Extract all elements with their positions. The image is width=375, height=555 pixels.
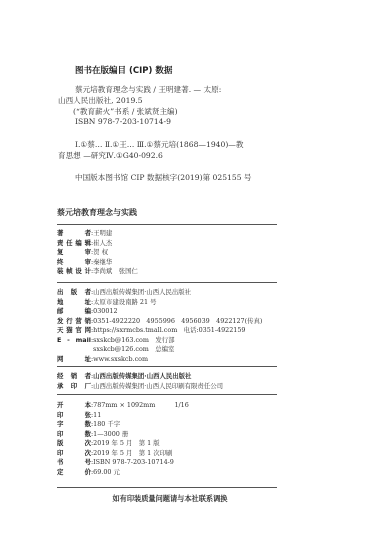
- distribution-value: 山西出版传媒集团·山西人民印刷有限责任公司: [93, 382, 223, 390]
- cip-line-isbn: ISBN 978-7-203-10714-9: [75, 117, 171, 126]
- book-title: 蔡元培教育理念与实践: [57, 207, 137, 218]
- staff-label: 终审: [57, 258, 91, 266]
- spec-label: 印张: [57, 411, 91, 419]
- publisher-label: 发行营销: [57, 317, 91, 325]
- cip-classification-1: Ⅰ.①蔡… Ⅱ.①王… Ⅲ.①蔡元培(1868—1940)—教: [75, 139, 244, 150]
- staff-row: 责任编辑:崔人杰: [57, 239, 112, 247]
- cip-line-publisher: 山西人民出版社, 2019.5: [58, 95, 143, 106]
- spec-label: 开本: [57, 401, 91, 409]
- publisher-label: E - mail: [57, 336, 91, 344]
- spec-row: 字数:180 千字: [57, 420, 120, 428]
- spec-row: 印张:11: [57, 411, 101, 419]
- spec-value: 2019 年 5 月 第 1 次印刷: [93, 449, 172, 457]
- distribution-row: 承印厂:山西出版传媒集团·山西人民印刷有限责任公司: [57, 382, 223, 390]
- staff-label: 装帧设计: [57, 267, 91, 275]
- publisher-value: 山西出版传媒集团·山西人民出版社: [93, 288, 191, 296]
- publisher-value: https://sxrmcbs.tmall.com 电话:0351-492215…: [93, 326, 245, 334]
- staff-value: 秦继华: [93, 258, 112, 266]
- distribution-value: 山西出版传媒集团·山西人民出版社: [93, 372, 191, 380]
- cip-line-series: (“教育薪火”书系 / 张斌贤主编): [73, 106, 178, 117]
- staff-value: 李尚斌 张国仁: [93, 267, 138, 275]
- publisher-value: 030012: [93, 307, 117, 315]
- spec-row: 版次:2019 年 5 月 第 1 版: [57, 439, 160, 447]
- staff-row: 装帧设计:李尚斌 张国仁: [57, 267, 138, 275]
- staff-row: 复审:贺 权: [57, 248, 108, 256]
- spec-row: 开本:787mm × 1092mm 1/16: [57, 401, 189, 409]
- cip-verification: 中国版本图书馆 CIP 数据核字(2019)第 025155 号: [75, 172, 252, 183]
- spec-label: 印数: [57, 430, 91, 438]
- staff-value: 王明建: [93, 229, 112, 237]
- spec-row: 印数:1—3000 册: [57, 430, 128, 438]
- cip-line-title: 蔡元培教育理念与实践 / 王明建著. — 太原:: [75, 84, 221, 95]
- publisher-label: [57, 345, 91, 353]
- publisher-value: 0351-4922220 4955996 4956039 4922127(传真): [93, 317, 262, 325]
- publisher-row: sxskcb@126.com 总编室: [57, 345, 174, 353]
- spec-row: 书号:ISBN 978-7-203-10714-9: [57, 458, 174, 466]
- spec-value: 180 千字: [93, 420, 120, 428]
- staff-label: 责任编辑: [57, 239, 91, 247]
- spec-label: 书号: [57, 458, 91, 466]
- publisher-label: 出版者: [57, 288, 91, 296]
- publisher-label: 邮编: [57, 307, 91, 315]
- quality-notice: 如有印装质量问题请与本社联系调换: [60, 494, 280, 504]
- staff-row: 终审:秦继华: [57, 258, 112, 266]
- staff-value: 崔人杰: [93, 239, 112, 247]
- distribution-row: 经销者:山西出版传媒集团·山西人民出版社: [57, 372, 191, 380]
- publisher-label: 天猫官网: [57, 326, 91, 334]
- staff-value: 贺 权: [93, 248, 108, 256]
- publisher-row: 出版者:山西出版传媒集团·山西人民出版社: [57, 288, 191, 296]
- divider: [57, 224, 277, 225]
- staff-row: 著者:王明建: [57, 229, 112, 237]
- spec-value: 69.00 元: [93, 468, 120, 476]
- publisher-row: 天猫官网:https://sxrmcbs.tmall.com 电话:0351-4…: [57, 326, 245, 334]
- spec-value: 2019 年 5 月 第 1 版: [93, 439, 160, 447]
- publisher-label: 网址: [57, 355, 91, 363]
- divider: [57, 282, 277, 283]
- spec-label: 定价: [57, 468, 91, 476]
- cip-classification-2: 育思想 —研究Ⅳ.①G40-092.6: [58, 150, 163, 161]
- spec-value: 1—3000 册: [93, 430, 128, 438]
- publisher-label: 地址: [57, 298, 91, 306]
- publisher-value: sxskcb@163.com 发行部: [93, 336, 174, 344]
- distribution-label: 承印厂: [57, 382, 91, 390]
- publisher-row: E - mail:sxskcb@163.com 发行部: [57, 336, 175, 344]
- spec-row: 定价:69.00 元: [57, 468, 120, 476]
- spec-value: 11: [93, 411, 101, 419]
- publisher-row: 发行营销:0351-4922220 4955996 4956039 492212…: [57, 317, 262, 325]
- spec-label: 版次: [57, 439, 91, 447]
- publisher-value: www.sxskcb.com: [93, 355, 148, 363]
- publisher-value: sxskcb@126.com 总编室: [93, 345, 174, 353]
- spec-label: 字数: [57, 420, 91, 428]
- divider: [57, 487, 277, 488]
- staff-label: 复审: [57, 248, 91, 256]
- spec-row: 印次:2019 年 5 月 第 1 次印刷: [57, 449, 172, 457]
- divider: [57, 394, 277, 395]
- staff-label: 著者: [57, 229, 91, 237]
- spec-label: 印次: [57, 449, 91, 457]
- publisher-value: 太原市建设南路 21 号: [93, 298, 156, 306]
- spec-value: ISBN 978-7-203-10714-9: [93, 458, 174, 466]
- divider: [57, 366, 277, 367]
- publisher-row: 邮编:030012: [57, 307, 118, 315]
- publisher-row: 地址:太原市建设南路 21 号: [57, 298, 156, 306]
- publisher-row: 网址:www.sxskcb.com: [57, 355, 148, 363]
- distribution-label: 经销者: [57, 372, 91, 380]
- cip-heading: 图书在版编目 (CIP) 数据: [75, 64, 172, 76]
- spec-value: 787mm × 1092mm 1/16: [93, 401, 189, 409]
